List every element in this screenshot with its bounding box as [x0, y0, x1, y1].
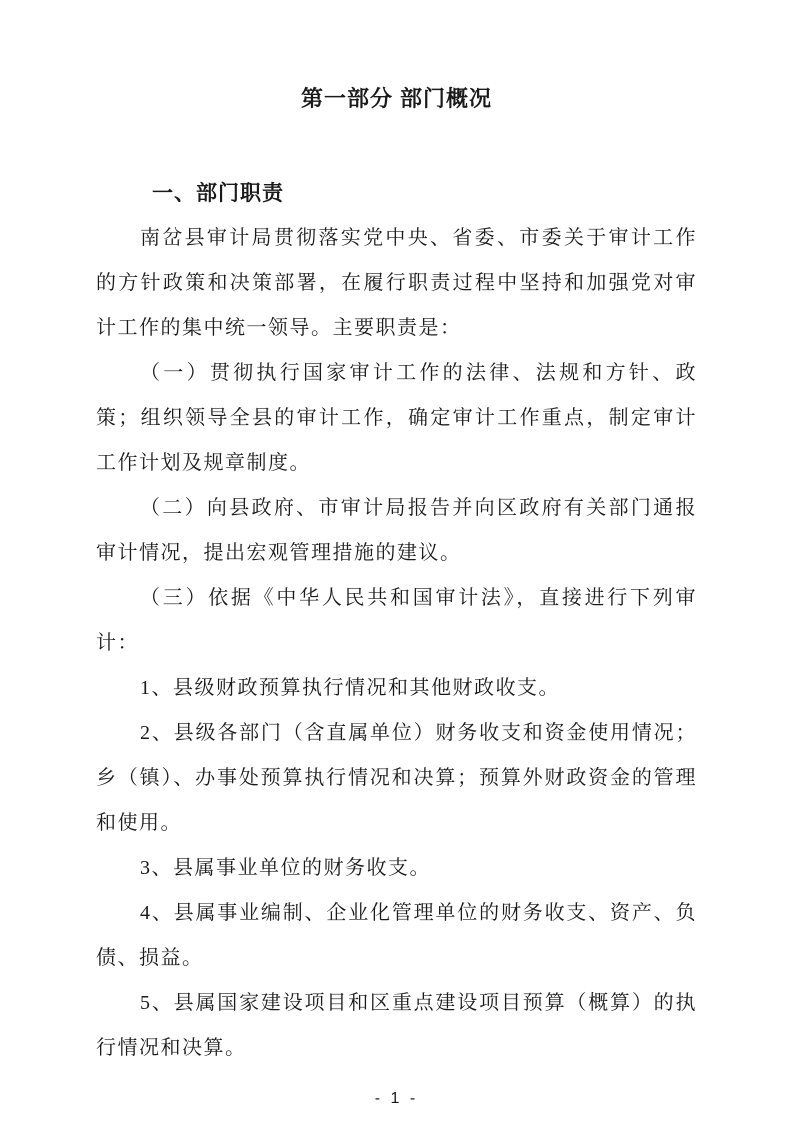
paragraph-subitem-1: 1、县级财政预算执行情况和其他财政收支。	[96, 666, 697, 711]
paragraph-item-1: （一）贯彻执行国家审计工作的法律、法规和方针、政策；组织领导全县的审计工作，确定…	[96, 351, 697, 486]
paragraph-intro: 南岔县审计局贯彻落实党中央、省委、市委关于审计工作的方针政策和决策部署，在履行职…	[96, 216, 697, 351]
paragraph-item-3: （三）依据《中华人民共和国审计法》，直接进行下列审计：	[96, 576, 697, 666]
section-heading: 一、部门职责	[96, 171, 697, 216]
document-title: 第一部分 部门概况	[96, 76, 697, 121]
paragraph-subitem-3: 3、县属事业单位的财务收支。	[96, 846, 697, 891]
paragraph-subitem-4: 4、县属事业编制、企业化管理单位的财务收支、资产、负债、损益。	[96, 891, 697, 981]
paragraph-subitem-2: 2、县级各部门（含直属单位）财务收支和资金使用情况；乡（镇）、办事处预算执行情况…	[96, 711, 697, 846]
page-number: - 1 -	[0, 1090, 793, 1108]
paragraph-subitem-5: 5、县属国家建设项目和区重点建设项目预算（概算）的执行情况和决算。	[96, 981, 697, 1071]
document-page: 第一部分 部门概况 一、部门职责 南岔县审计局贯彻落实党中央、省委、市委关于审计…	[0, 0, 793, 1122]
paragraph-item-2: （二）向县政府、市审计局报告并向区政府有关部门通报审计情况，提出宏观管理措施的建…	[96, 486, 697, 576]
body-text: 南岔县审计局贯彻落实党中央、省委、市委关于审计工作的方针政策和决策部署，在履行职…	[96, 216, 697, 1071]
document-content: 第一部分 部门概况 一、部门职责 南岔县审计局贯彻落实党中央、省委、市委关于审计…	[0, 0, 793, 1071]
